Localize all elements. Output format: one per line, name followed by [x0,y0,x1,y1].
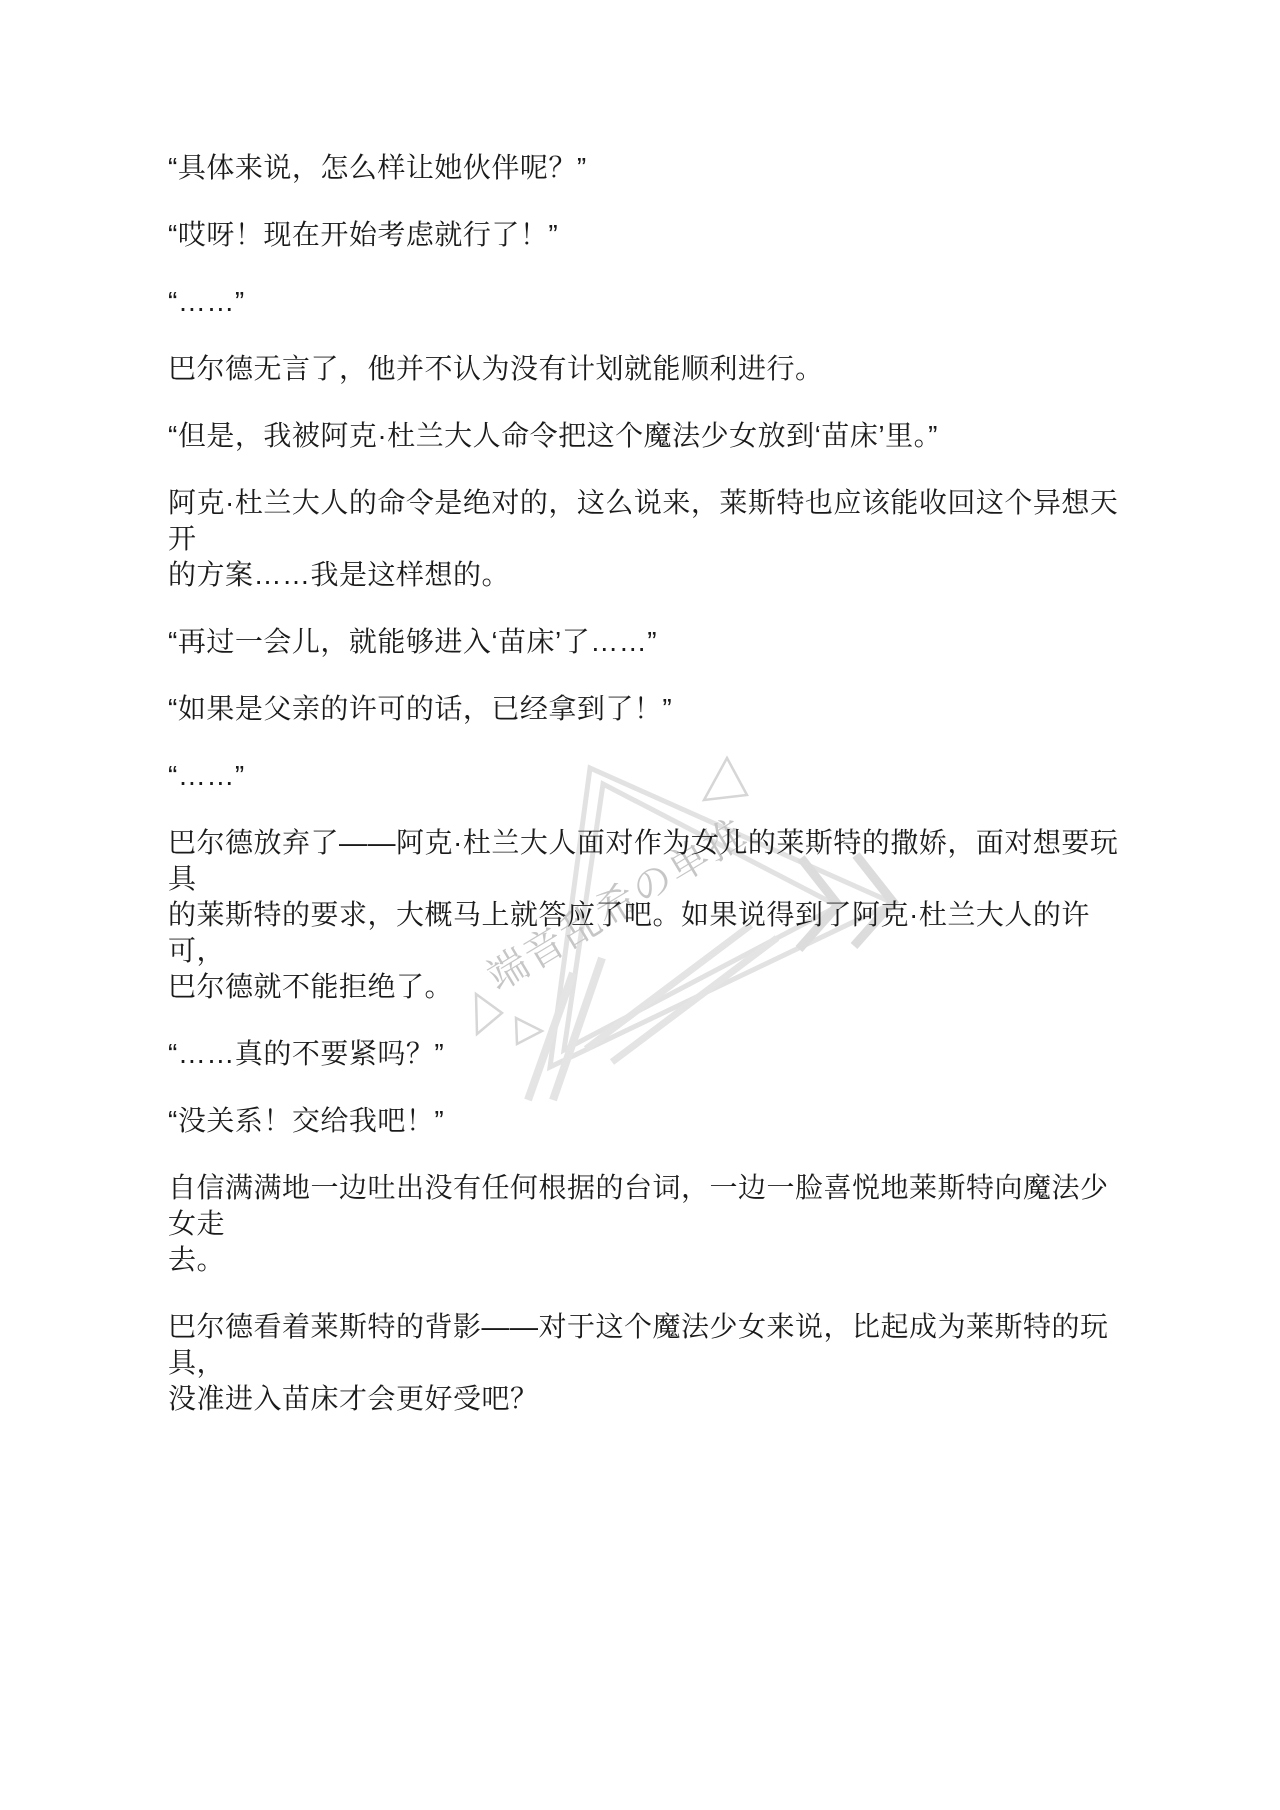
paragraph-dialogue: “……” [168,284,1130,320]
novel-page: 端音乱希の单推 “具体来说，怎么样让她伙伴呢？” “哎呀！现在开始考虑就行了！”… [0,0,1280,1810]
paragraph-dialogue: “……真的不要紧吗？” [168,1036,1130,1072]
paragraph-dialogue: “……” [168,758,1130,794]
page-text: “具体来说，怎么样让她伙伴呢？” “哎呀！现在开始考虑就行了！” “……” 巴尔… [168,150,1130,1448]
paragraph-narration: 巴尔德看着莱斯特的背影——对于这个魔法少女来说，比起成为莱斯特的玩具， 没准进入… [168,1309,1130,1417]
paragraph-dialogue: “没关系！交给我吧！” [168,1103,1130,1139]
paragraph-dialogue: “但是，我被阿克·杜兰大人命令把这个魔法少女放到‘苗床’里。” [168,418,1130,454]
paragraph-narration: 阿克·杜兰大人的命令是绝对的，这么说来，莱斯特也应该能收回这个异想天开 的方案…… [168,485,1130,593]
paragraph-dialogue: “如果是父亲的许可的话，已经拿到了！” [168,691,1130,727]
paragraph-dialogue: “哎呀！现在开始考虑就行了！” [168,217,1130,253]
paragraph-dialogue: “具体来说，怎么样让她伙伴呢？” [168,150,1130,186]
paragraph-dialogue: “再过一会儿，就能够进入‘苗床’了……” [168,624,1130,660]
paragraph-narration: 自信满满地一边吐出没有任何根据的台词，一边一脸喜悦地莱斯特向魔法少女走 去。 [168,1170,1130,1278]
paragraph-narration: 巴尔德无言了，他并不认为没有计划就能顺利进行。 [168,351,1130,387]
paragraph-narration: 巴尔德放弃了——阿克·杜兰大人面对作为女儿的莱斯特的撒娇，面对想要玩具 的莱斯特… [168,825,1130,1005]
